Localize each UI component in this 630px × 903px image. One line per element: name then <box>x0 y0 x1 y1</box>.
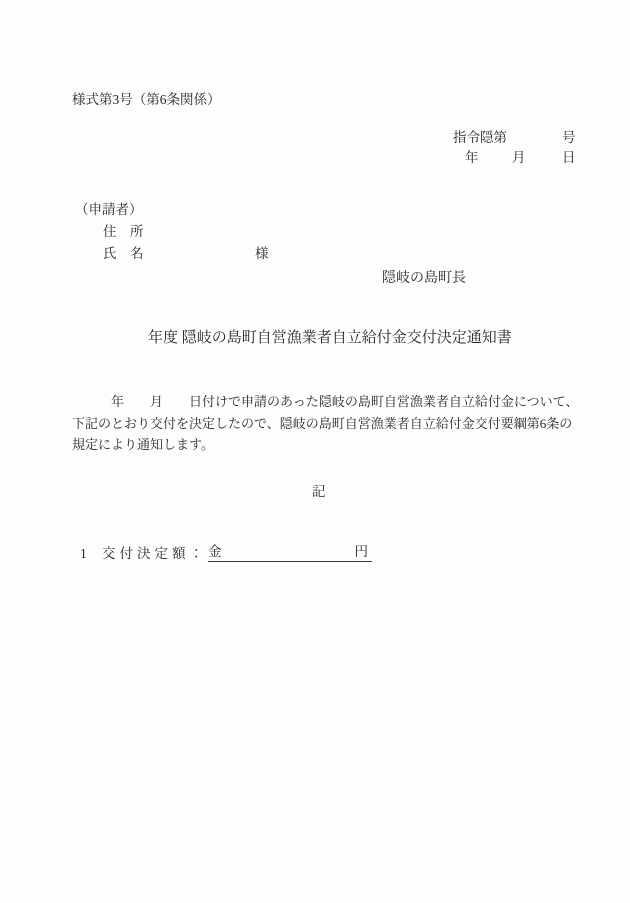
amount-underline-field: 金 円 <box>208 544 372 562</box>
notification-body: 年 月 日付けで申請のあった隠岐の島町自営漁業者自立給付金について、 下記のとお… <box>72 391 577 456</box>
amount-prefix-label: 金 <box>208 540 222 560</box>
document-page: 様式第3号（第6条関係） 指令隠第 号 年 月 日 （申請者） 住 所 氏 名 … <box>0 0 630 903</box>
item1-label: 交付決定額： <box>102 546 207 562</box>
applicant-section-label: （申請者） <box>75 202 143 218</box>
amount-suffix-label: 円 <box>355 540 369 560</box>
date-day-label: 日 <box>562 150 576 166</box>
directive-number-prefix: 指令隠第 <box>453 130 507 146</box>
applicant-address-label: 住 所 <box>103 224 144 240</box>
record-marker: 記 <box>312 484 326 500</box>
notification-body-line-1: 年 月 日付けで申請のあった隠岐の島町自営漁業者自立給付金について、 <box>72 391 577 413</box>
directive-number-suffix: 号 <box>562 130 576 146</box>
item1-number: 1 <box>80 546 87 562</box>
applicant-name-label: 氏 名 <box>103 246 144 262</box>
date-year-label: 年 <box>465 150 479 166</box>
form-number-label: 様式第3号（第6条関係） <box>72 92 221 108</box>
mayor-signature-label: 隠岐の島町長 <box>382 271 466 288</box>
notification-body-line-2: 下記のとおり交付を決定したので、隠岐の島町自営漁業者自立給付金交付要綱第6条の <box>72 413 577 435</box>
applicant-honorific-label: 様 <box>255 246 269 262</box>
date-month-label: 月 <box>512 150 526 166</box>
document-title: 年度 隠岐の島町自営漁業者自立給付金交付決定通知書 <box>148 329 512 347</box>
notification-body-line-3: 規定により通知します。 <box>72 434 577 456</box>
